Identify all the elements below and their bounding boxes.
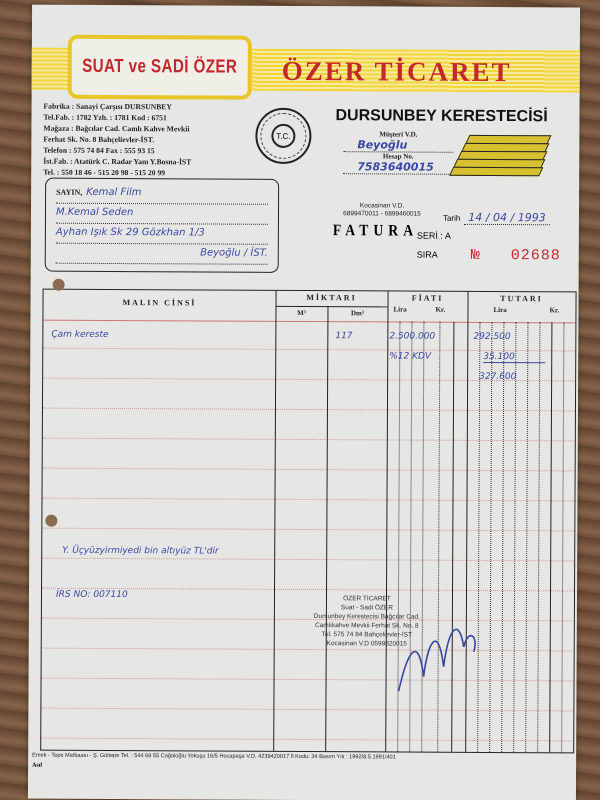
seal-center: T.C. (271, 124, 295, 148)
tc-seal-icon: T.C. (255, 108, 311, 164)
date-label: Tarih (443, 214, 460, 223)
recipient-line: Kemal Film (86, 187, 141, 198)
date-value: 14 / 04 / 1993 (464, 211, 549, 225)
invoice-title: FATURA (333, 222, 418, 240)
row-price: 2.500.000 (389, 331, 435, 341)
header-total: TUTARI (468, 294, 576, 304)
header-quantity: MİKTARI (276, 293, 388, 303)
header-price-kurus: Kr. (435, 306, 445, 314)
row-vat-amount: 35.100 (483, 352, 545, 363)
waybill-number: İRS NO: 007110 (56, 590, 128, 600)
sequence-label: SIRA (417, 250, 438, 260)
printer-footer: Emek - Tepe Matbaası - Ş. Gültepe Tel. :… (32, 753, 396, 761)
issuer-tax-numbers: 6899470011 - 6899460015 (337, 210, 427, 218)
number-symbol: № (471, 247, 481, 264)
copy-label: Asıl (32, 763, 42, 769)
invoice-number-value: 02688 (511, 247, 561, 264)
date-field: Tarih14 / 04 / 1993 (443, 211, 550, 225)
header-price-lira: Lira (393, 305, 406, 313)
amount-in-words: Y. Üçyüzyirmiyedi bin altıyüz TL'dir (62, 546, 218, 557)
info-line: İst.Fab. : Atatürk C. Radar Yanı Y.Bosna… (43, 156, 191, 168)
info-line: Telefon : 575 74 84 Fax : 555 93 15 (43, 145, 191, 157)
customer-tax-block: Müşteri V.D. Beyoğlu Hesap No. 758364001… (343, 130, 453, 175)
grand-total: 327.600 (479, 372, 516, 382)
info-line: Tel. : 550 18 46 - 515 20 98 - 515 20 99 (43, 167, 191, 179)
issuer-tax-info: Kocasinan V.D. 6899470011 - 6899460015 (337, 202, 427, 218)
punch-hole (53, 279, 65, 291)
info-line: Tel.Fab. : 1782 Yzh. : 1781 Kod : 6751 (43, 112, 191, 124)
row-dm3: 117 (335, 331, 352, 341)
row-total: 292.500 (473, 332, 510, 342)
recipient-line: Beyoğlu / İST. (56, 247, 268, 265)
recipient-box: SAYIN,Kemal Film M.Kemal Seden Ayhan Işı… (45, 178, 279, 273)
info-line: Fabrika : Sanayi Çarşısı DURSUNBEY (44, 101, 192, 113)
owners-name: SUAT ve SADİ ÖZER (82, 56, 237, 79)
signature-icon (388, 606, 488, 697)
header-total-kurus: Kr. (549, 306, 559, 314)
header-dm3: Dm³ (327, 309, 387, 317)
row-goods: Çam kereste (51, 330, 108, 340)
series-label: SERİ : A (417, 231, 451, 241)
business-name: DURSUNBEY KERESTECİSİ (335, 107, 547, 126)
salutation: SAYIN, (56, 188, 82, 197)
header-goods: MALIN CİNSİ (44, 298, 276, 308)
punch-hole (45, 515, 57, 527)
recipient-line: M.Kemal Seden (56, 207, 268, 225)
account-value: 7583640015 (343, 160, 453, 175)
info-line: Mağaza : Bağcılar Cad. Camlı Kahve Mevki… (43, 123, 191, 135)
header-price: FİATI (388, 293, 468, 302)
invoice-table: MALIN CİNSİ MİKTARI M³ Dm³ FİATI Lira Kr… (40, 289, 576, 754)
brand-title: ÖZER TİCARET (282, 56, 512, 88)
company-info: Fabrika : Sanayi Çarşısı DURSUNBEY Tel.F… (43, 101, 191, 179)
tax-office-value: Beyoğlu (343, 138, 453, 153)
owners-name-box: SUAT ve SADİ ÖZER (68, 35, 252, 100)
recipient-line: Ayhan Işık Sk 29 Gözkhan 1/3 (56, 227, 268, 245)
invoice-number: № 02688 (471, 247, 561, 264)
lumber-stack-icon (447, 135, 555, 182)
row-vat-label: %12 KDV (389, 351, 431, 361)
header-m3: M³ (275, 309, 327, 317)
header-total-lira: Lira (493, 306, 506, 314)
invoice-paper: SUAT ve SADİ ÖZER ÖZER TİCARET Fabrika :… (28, 5, 580, 800)
info-line: Ferhat Sk. No. 8 Bahçelievler-İST. (43, 134, 191, 146)
